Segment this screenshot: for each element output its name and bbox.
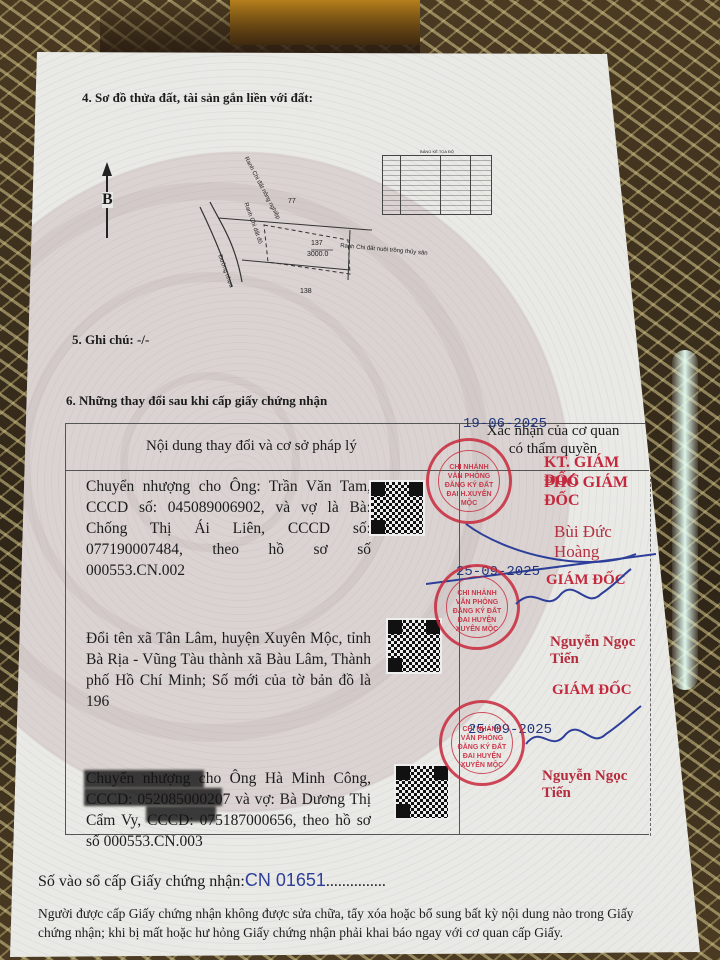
section-4-title: 4. Sơ đồ thửa đất, tài sản gắn liền với … xyxy=(82,90,313,106)
changes-table: Nội dung thay đổi và cơ sở pháp lý Xác n… xyxy=(65,423,649,835)
section-6-title: 6. Những thay đổi sau khi cấp giấy chứng… xyxy=(66,393,327,409)
qr-code-3[interactable] xyxy=(394,764,450,820)
official-stamp-3: CHI NHÁNH VĂN PHÒNG ĐĂNG KÝ ĐẤT ĐAI HUYỆ… xyxy=(439,700,525,786)
neighbor-parcel-south: 138 xyxy=(300,288,312,295)
parcel-area: 3000.0 xyxy=(307,251,328,258)
coordinate-table: BẢNG KÊ TỌA ĐỘ xyxy=(382,149,492,215)
footer-note: Người được cấp Giấy chứng nhận không đượ… xyxy=(38,904,643,942)
neighbor-parcel-north: 77 xyxy=(288,198,296,205)
change-row-1-date: 19-06-2025 xyxy=(463,416,547,432)
registry-label: Số vào sổ cấp Giấy chứng nhận: xyxy=(38,873,245,890)
change-row-2-signer: Nguyễn Ngọc Tiến xyxy=(550,634,649,668)
header-content: Nội dung thay đổi và cơ sở pháp lý xyxy=(146,438,357,455)
redaction-1 xyxy=(84,770,204,788)
change-row-3-title: GIÁM ĐỐC xyxy=(552,682,632,699)
north-label: B xyxy=(102,192,113,208)
change-row-2-content: Đổi tên xã Tân Lâm, huyện Xuyên Mộc, tỉn… xyxy=(86,628,371,712)
qr-code-2[interactable] xyxy=(386,618,442,674)
change-row-1-content: Chuyển nhượng cho Ông: Trần Văn Tam, CCC… xyxy=(86,476,371,581)
redaction-2 xyxy=(84,788,222,806)
parcel-number: 137 xyxy=(311,240,323,247)
section-5-note: 5. Ghi chú: -/- xyxy=(72,332,149,348)
redaction-3 xyxy=(146,806,216,822)
coordinate-table-title: BẢNG KÊ TỌA ĐỘ xyxy=(382,149,492,154)
signature-2 xyxy=(506,564,646,624)
qr-code-1[interactable] xyxy=(369,480,425,536)
registry-line: Số vào sổ cấp Giấy chứng nhận:CN 01651..… xyxy=(38,870,386,891)
light-glare xyxy=(672,350,698,690)
change-row-3-signer: Nguyễn Ngọc Tiến xyxy=(542,768,649,802)
signature-3 xyxy=(516,704,656,764)
certificate-page: 4. Sơ đồ thửa đất, tài sản gắn liền với … xyxy=(10,52,700,957)
registry-value: CN 01651 xyxy=(245,870,326,890)
